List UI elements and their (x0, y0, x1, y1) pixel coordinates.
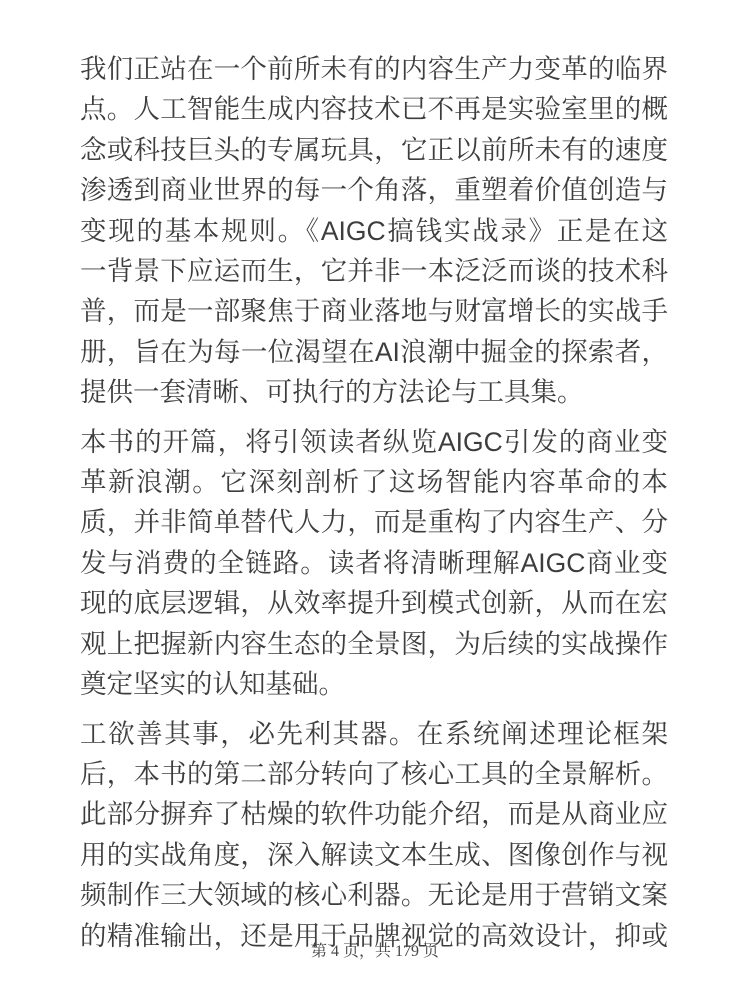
paragraph: 本书的开篇，将引领读者纵览AIGC引发的商业变 革新浪潮。它深刻剖析了这场智能内… (80, 422, 668, 705)
text-line: 本书的开篇，将引领读者纵览AIGC引发的商业变 (80, 422, 668, 462)
text-line: 我们正站在一个前所未有的内容生产力变革的临界 (80, 49, 668, 89)
text-line: 渗透到商业世界的每一个角落，重塑着价值创造与 (80, 170, 668, 210)
text-line: 频制作三大领域的核心利器。无论是用于营销文案 (80, 875, 668, 915)
text-line: 后，本书的第二部分转向了核心工具的全景解析。 (80, 754, 668, 794)
text-line: 此部分摒弃了枯燥的软件功能介绍，而是从商业应 (80, 794, 668, 834)
text-line: 普，而是一部聚焦于商业落地与财富增长的实战手 (80, 291, 668, 331)
text-line: 现的底层逻辑，从效率提升到模式创新，从而在宏 (80, 583, 668, 623)
text-line: 工欲善其事，必先利其器。在系统阐述理论框架 (80, 714, 668, 754)
text-line: 发与消费的全链路。读者将清晰理解AIGC商业变 (80, 543, 668, 583)
page-number-footer: 第 4 页，共 179 页 (0, 941, 750, 963)
text-line: 革新浪潮。它深刻剖析了这场智能内容革命的本 (80, 462, 668, 502)
text-line: 变现的基本规则。《AIGC搞钱实战录》正是在这 (80, 211, 668, 251)
document-page: 我们正站在一个前所未有的内容生产力变革的临界 点。人工智能生成内容技术已不再是实… (0, 0, 750, 1000)
text-line: 提供一套清晰、可执行的方法论与工具集。 (80, 372, 668, 412)
paragraph: 我们正站在一个前所未有的内容生产力变革的临界 点。人工智能生成内容技术已不再是实… (80, 49, 668, 413)
text-line: 奠定坚实的认知基础。 (80, 664, 668, 704)
paragraph: 工欲善其事，必先利其器。在系统阐述理论框架 后，本书的第二部分转向了核心工具的全… (80, 714, 668, 956)
text-line: 册，旨在为每一位渴望在AI浪潮中掘金的探索者， (80, 332, 668, 372)
text-line: 观上把握新内容生态的全景图，为后续的实战操作 (80, 624, 668, 664)
text-line: 点。人工智能生成内容技术已不再是实验室里的概 (80, 89, 668, 129)
text-line: 一背景下应运而生，它并非一本泛泛而谈的技术科 (80, 251, 668, 291)
text-line: 质，并非简单替代人力，而是重构了内容生产、分 (80, 502, 668, 542)
document-body: 我们正站在一个前所未有的内容生产力变革的临界 点。人工智能生成内容技术已不再是实… (80, 49, 668, 965)
text-line: 用的实战角度，深入解读文本生成、图像创作与视 (80, 835, 668, 875)
text-line: 念或科技巨头的专属玩具，它正以前所未有的速度 (80, 130, 668, 170)
